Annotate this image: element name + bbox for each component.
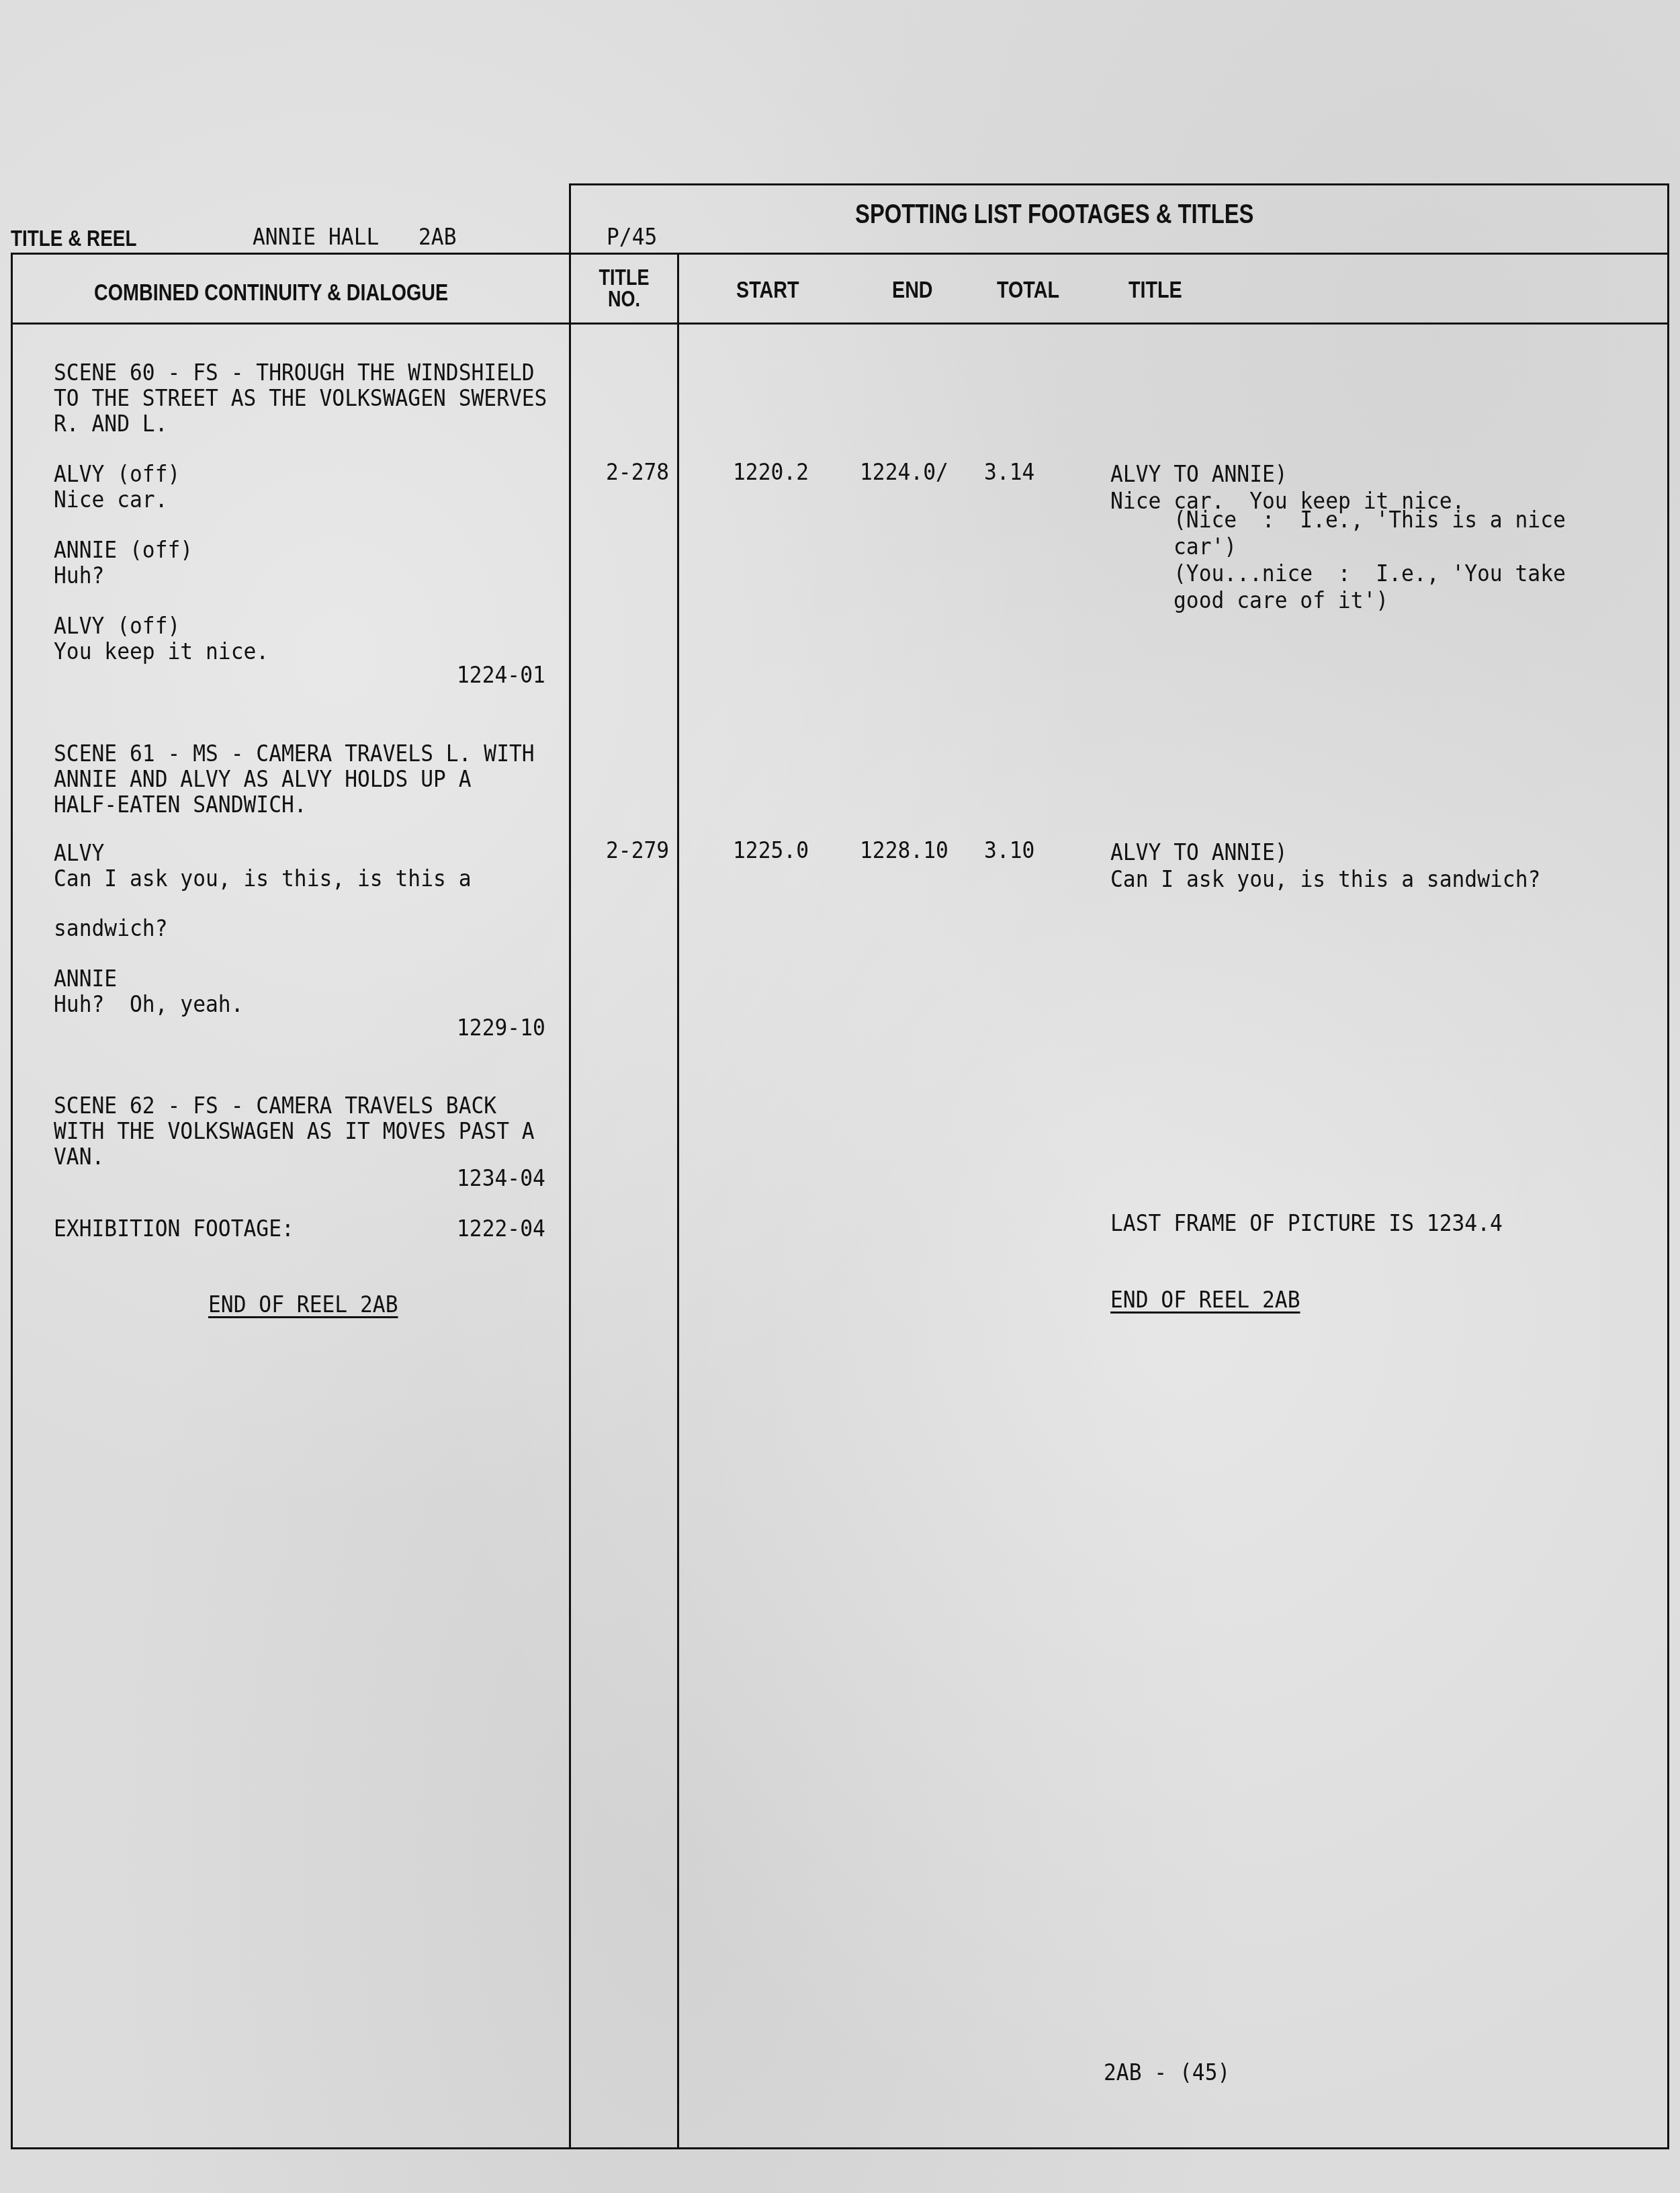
scene-60-footage: 1224-01	[457, 664, 545, 687]
title-number: 2-278	[606, 461, 669, 484]
title-no-divider	[677, 253, 679, 2149]
subtitle-line: ALVY TO ANNIE)	[1110, 461, 1464, 488]
title-number: 2-279	[606, 839, 669, 862]
continuity-spotting-divider	[569, 183, 571, 2149]
scene-62-footage: 1234-04	[457, 1167, 545, 1190]
scene-61-footage: 1229-10	[457, 1017, 545, 1039]
column-header-start: START	[736, 278, 799, 302]
left-border	[11, 253, 13, 2149]
right-box-top-border	[570, 183, 1669, 185]
end-footage: 1224.0/	[860, 461, 948, 484]
column-header-total: TOTAL	[997, 278, 1059, 302]
scene-62-description: SCENE 62 - FS - CAMERA TRAVELS BACKWITH …	[54, 1093, 535, 1170]
scene-60-line: SCENE 60 - FS - THROUGH THE WINDSHIELD	[54, 360, 547, 386]
column-header-title: TITLE	[1129, 278, 1182, 302]
note-line: car')	[1174, 533, 1566, 560]
dialogue-block: ANNIE (off)Huh?	[54, 537, 193, 589]
scene-62-line: WITH THE VOLKSWAGEN AS IT MOVES PAST A	[54, 1119, 535, 1144]
start-footage: 1220.2	[733, 461, 809, 484]
dialogue-line: Nice car.	[54, 487, 180, 513]
speaker: ANNIE (off)	[54, 537, 193, 563]
end-of-reel-spotting: END OF REEL 2AB	[1110, 1289, 1300, 1311]
dialogue-line: Can I ask you, is this, is this a	[54, 866, 471, 892]
speaker: ALVY (off)	[54, 462, 180, 487]
spotting-list-title: SPOTTING LIST FOOTAGES & TITLES	[855, 201, 1253, 228]
total-footage: 3.10	[984, 839, 1034, 862]
dialogue-block: ALVY (off)You keep it nice.	[54, 613, 269, 664]
scene-61-line: HALF-EATEN SANDWICH.	[54, 792, 535, 818]
dialogue-line: Huh?	[54, 563, 193, 589]
dialogue-block: ANNIEHuh? Oh, yeah.	[54, 966, 243, 1017]
end-of-reel-continuity: END OF REEL 2AB	[208, 1293, 398, 1316]
scene-60-line: TO THE STREET AS THE VOLKSWAGEN SWERVES	[54, 386, 547, 411]
page-footer: 2AB - (45)	[1104, 2061, 1230, 2084]
scene-61-line: ANNIE AND ALVY AS ALVY HOLDS UP A	[54, 767, 535, 792]
dialogue-line-continued: sandwich?	[54, 917, 167, 940]
note-line: (You...nice : I.e., 'You take	[1174, 560, 1566, 587]
table-bottom-border	[11, 2147, 1669, 2149]
speaker: ALVY (off)	[54, 613, 269, 639]
header-bottom-border	[11, 253, 1669, 255]
subtitle-text: ALVY TO ANNIE)Can I ask you, is this a s…	[1110, 839, 1540, 893]
last-frame-note: LAST FRAME OF PICTURE IS 1234.4	[1110, 1212, 1503, 1235]
exhibition-footage-label: EXHIBITION FOOTAGE:	[54, 1217, 294, 1240]
right-border	[1667, 183, 1669, 2149]
dialogue-block: ALVY (off)Nice car.	[54, 462, 180, 513]
end-footage: 1228.10	[860, 839, 948, 862]
title-no-line1: TITLE	[580, 267, 668, 288]
reel-number: 2AB	[418, 226, 457, 249]
scene-60-description: SCENE 60 - FS - THROUGH THE WINDSHIELDTO…	[54, 360, 547, 437]
speaker: ANNIE	[54, 966, 243, 992]
column-header-bottom-border	[11, 322, 1669, 325]
scene-60-line: R. AND L.	[54, 411, 547, 437]
start-footage: 1225.0	[733, 839, 809, 862]
title-reel-label: TITLE & REEL	[11, 227, 136, 250]
film-title: ANNIE HALL	[253, 226, 379, 249]
column-header-title-no: TITLE NO.	[571, 267, 677, 310]
subtitle-line: ALVY TO ANNIE)	[1110, 839, 1540, 866]
speaker: ALVY	[54, 841, 471, 866]
translator-notes: (Nice : I.e., 'This is a nicecar')(You..…	[1174, 507, 1566, 614]
column-header-continuity: COMBINED CONTINUITY & DIALOGUE	[94, 281, 448, 304]
page-number: P/45	[607, 226, 657, 249]
scene-62-line: SCENE 62 - FS - CAMERA TRAVELS BACK	[54, 1093, 535, 1119]
subtitle-line: Can I ask you, is this a sandwich?	[1110, 866, 1540, 893]
note-line: good care of it')	[1174, 587, 1566, 614]
scene-61-line: SCENE 61 - MS - CAMERA TRAVELS L. WITH	[54, 741, 535, 767]
title-no-line2: NO.	[580, 288, 668, 310]
exhibition-footage-value: 1222-04	[457, 1217, 545, 1240]
dialogue-block: ALVYCan I ask you, is this, is this a	[54, 841, 471, 892]
note-line: (Nice : I.e., 'This is a nice	[1174, 507, 1566, 533]
column-header-end: END	[892, 278, 933, 302]
scene-61-description: SCENE 61 - MS - CAMERA TRAVELS L. WITHAN…	[54, 741, 535, 818]
dialogue-line: You keep it nice.	[54, 639, 269, 664]
total-footage: 3.14	[984, 461, 1034, 484]
dialogue-line: Huh? Oh, yeah.	[54, 992, 243, 1017]
